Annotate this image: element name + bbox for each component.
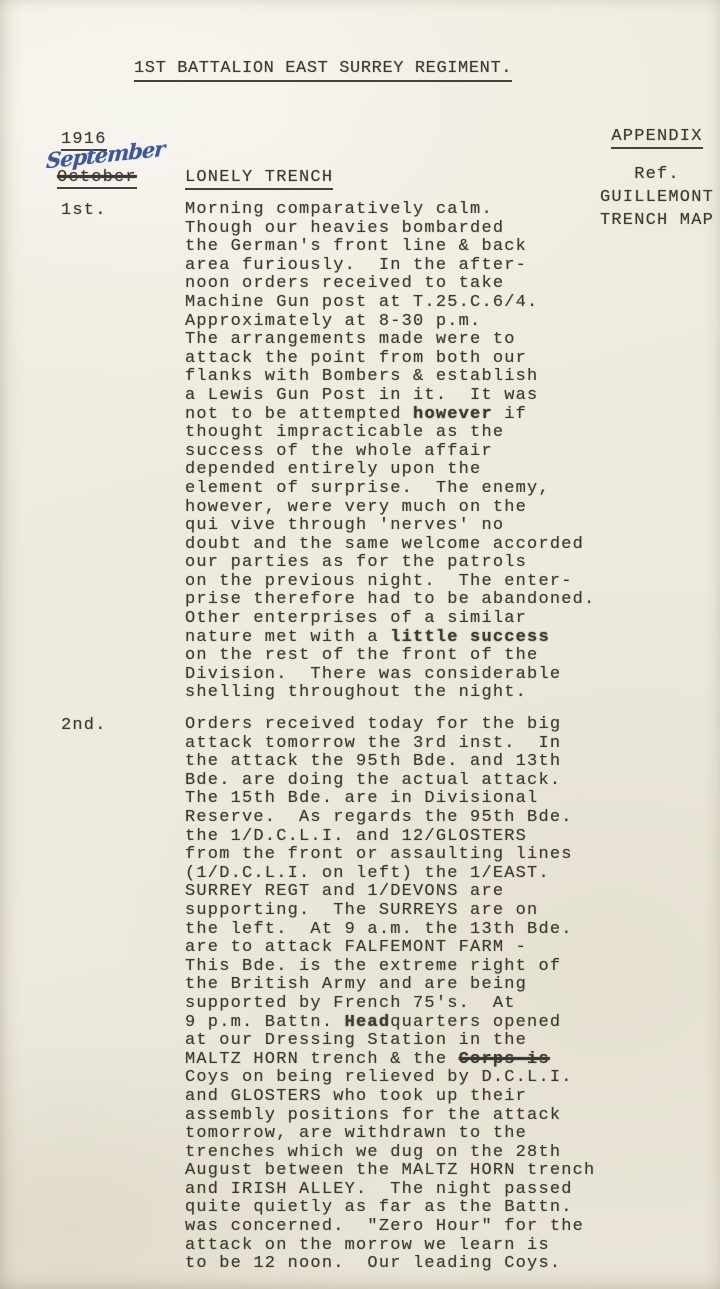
text-line: prise therefore had to be abandoned. xyxy=(185,591,720,610)
text-segment: if xyxy=(493,405,527,424)
text-line: Approximately at 8-30 p.m. xyxy=(185,313,720,332)
text-line: August between the MALTZ HORN trench xyxy=(185,1162,720,1181)
entries: 1st. Morning comparatively calm.Though o… xyxy=(0,201,720,1274)
text-line: the German's front line & back xyxy=(185,238,720,257)
text-line: Though our heavies bombarded xyxy=(185,220,720,239)
document-page: 1ST BATTALION EAST SURREY REGIMENT. 1916… xyxy=(0,0,720,1289)
text-line: The 15th Bde. are in Divisional xyxy=(185,790,720,809)
overtyped-bold-text: little success xyxy=(390,628,550,647)
struck-text: Corps is xyxy=(459,1050,550,1069)
text-line: however, were very much on the xyxy=(185,499,720,518)
text-line: area furiously. In the after- xyxy=(185,257,720,276)
war-diary-entry: 1st. Morning comparatively calm.Though o… xyxy=(0,201,720,703)
text-line: a Lewis Gun Post in it. It was xyxy=(185,387,720,406)
text-line: supported by French 75's. At xyxy=(185,995,720,1014)
text-line: Machine Gun post at T.25.C.6/4. xyxy=(185,294,720,313)
text-line: at our Dressing Station in the xyxy=(185,1032,720,1051)
text-line: Orders received today for the big xyxy=(185,716,720,735)
text-line: attack the point from both our xyxy=(185,350,720,369)
text-line: to be 12 noon. Our leading Coys. xyxy=(185,1255,720,1274)
text-line: the British Army and are being xyxy=(185,976,720,995)
text-line: are to attack FALFEMONT FARM - xyxy=(185,939,720,958)
text-line: doubt and the same welcome accorded xyxy=(185,536,720,555)
text-line: on the previous night. The enter- xyxy=(185,573,720,592)
text-line: SURREY REGT and 1/DEVONS are xyxy=(185,883,720,902)
entry-date: 1st. xyxy=(61,201,107,220)
text-line: Bde. are doing the actual attack. xyxy=(185,772,720,791)
text-line: Other enterprises of a similar xyxy=(185,610,720,629)
text-line: attack on the morrow we learn is xyxy=(185,1237,720,1256)
text-line: qui vive through 'nerves' no xyxy=(185,517,720,536)
text-line: 9 p.m. Battn. Headquarters opened xyxy=(185,1014,720,1033)
text-segment: not to be attempted xyxy=(185,405,413,424)
text-segment: nature met with a xyxy=(185,628,390,647)
text-line: was concerned. "Zero Hour" for the xyxy=(185,1218,720,1237)
text-line: nature met with a little success xyxy=(185,629,720,648)
entry-lines: Morning comparatively calm.Though our he… xyxy=(185,201,720,703)
text-segment: MALTZ HORN trench & the xyxy=(185,1050,459,1069)
text-line: Coys on being relieved by D.C.L.I. xyxy=(185,1069,720,1088)
text-line: not to be attempted however if xyxy=(185,406,720,425)
entry-lines: Orders received today for the bigattack … xyxy=(185,716,720,1274)
text-line: and IRISH ALLEY. The night passed xyxy=(185,1181,720,1200)
text-line: assembly positions for the attack xyxy=(185,1107,720,1126)
text-line: attack tomorrow the 3rd inst. In xyxy=(185,735,720,754)
text-line: shelling throughout the night. xyxy=(185,684,720,703)
appendix-ref: Ref. xyxy=(596,163,718,186)
text-line: Division. There was considerable xyxy=(185,666,720,685)
text-line: success of the whole affair xyxy=(185,443,720,462)
text-line: Morning comparatively calm. xyxy=(185,201,720,220)
text-line: thought impracticable as the xyxy=(185,424,720,443)
section-heading: LONELY TRENCH xyxy=(185,168,333,190)
struck-month-label: October xyxy=(57,168,137,189)
text-line: the 1/D.C.L.I. and 12/GLOSTERS xyxy=(185,828,720,847)
text-line: from the front or assaulting lines xyxy=(185,846,720,865)
text-line: depended entirely upon the xyxy=(185,461,720,480)
text-line: tomorrow, are withdrawn to the xyxy=(185,1125,720,1144)
text-line: our parties as for the patrols xyxy=(185,554,720,573)
entry-date: 2nd. xyxy=(61,716,107,735)
text-line: MALTZ HORN trench & the Corps is xyxy=(185,1051,720,1070)
text-line: and GLOSTERS who took up their xyxy=(185,1088,720,1107)
text-line: element of surprise. The enemy, xyxy=(185,480,720,499)
appendix-label: APPENDIX xyxy=(611,127,702,149)
text-line: on the rest of the front of the xyxy=(185,647,720,666)
text-line: The arrangements made were to xyxy=(185,331,720,350)
document-title: 1ST BATTALION EAST SURREY REGIMENT. xyxy=(134,59,512,82)
overtyped-bold-text: Head xyxy=(345,1013,391,1032)
text-segment: 9 p.m. Battn. xyxy=(185,1013,345,1032)
text-line: trenches which we dug on the 28th xyxy=(185,1144,720,1163)
text-segment: quarters opened xyxy=(390,1013,561,1032)
text-line: Reserve. As regards the 95th Bde. xyxy=(185,809,720,828)
war-diary-entry: 2nd. Orders received today for the bigat… xyxy=(0,716,720,1274)
text-line: supporting. The SURREYS are on xyxy=(185,902,720,921)
text-line: This Bde. is the extreme right of xyxy=(185,958,720,977)
text-line: quite quietly as far as the Battn. xyxy=(185,1199,720,1218)
overtyped-bold-text: however xyxy=(413,405,493,424)
text-line: flanks with Bombers & establish xyxy=(185,368,720,387)
text-line: the attack the 95th Bde. and 13th xyxy=(185,753,720,772)
text-line: noon orders received to take xyxy=(185,275,720,294)
text-line: (1/D.C.L.I. on left) the 1/EAST. xyxy=(185,865,720,884)
text-line: the left. At 9 a.m. the 13th Bde. xyxy=(185,921,720,940)
